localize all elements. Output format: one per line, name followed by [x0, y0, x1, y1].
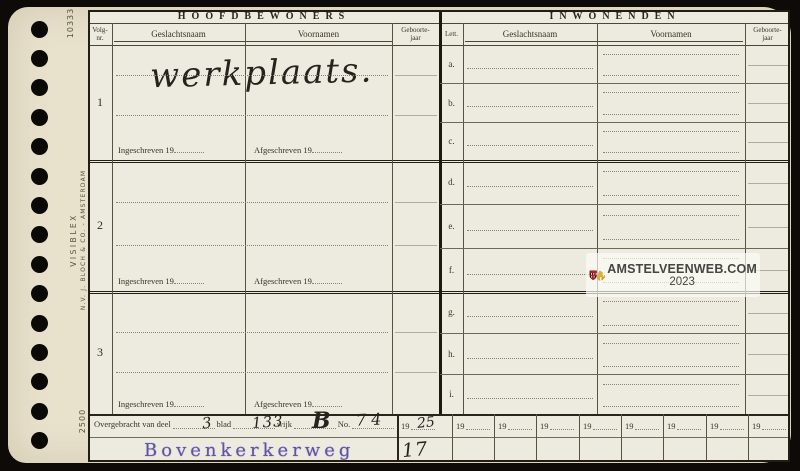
register-card: 10333 VISIBLEX N.V. J. BLOCH & CO. - AMS… [8, 7, 791, 463]
header-text: Voornamen [597, 29, 745, 39]
handwritten-year: 25 [416, 414, 435, 432]
writing-line [748, 142, 788, 143]
writing-line [467, 230, 593, 231]
row-letter: c. [440, 136, 463, 146]
punch-hole [31, 344, 48, 361]
writing-line [395, 202, 437, 203]
writing-line [748, 183, 788, 184]
watermark: AMSTELVEENWEB.COM 2023 [586, 253, 760, 297]
street-stamp: Bovenkerkerweg [144, 440, 346, 461]
writing-line [748, 227, 788, 228]
header-geboortejaar-right: Geboorte- jaar [745, 23, 790, 45]
ingeschreven-label: Ingeschreven 19 [118, 275, 204, 286]
transfer-label: Overgebracht van deel [94, 419, 171, 429]
writing-line [603, 114, 739, 115]
register-form: HOOFDBEWONERS INWONENDEN Volg- nr. [88, 10, 790, 462]
header-voornamen-right: Voornamen [597, 23, 745, 45]
ingeschreven-label: Ingeschreven 19 [118, 144, 204, 155]
punch-hole [31, 432, 48, 449]
writing-line [395, 372, 437, 373]
writing-line [395, 75, 437, 76]
punch-hole [31, 50, 48, 67]
writing-line [116, 75, 388, 76]
writing-line [603, 325, 739, 326]
punch-hole [31, 197, 48, 214]
writing-line [748, 354, 788, 355]
writing-line [116, 245, 388, 246]
writing-line [603, 384, 739, 385]
header-text: Geboorte- [745, 26, 790, 34]
amstelveen-coat-of-arms-icon [589, 262, 607, 289]
inwonenden-row-h: h. [440, 333, 790, 375]
handwritten-entry: werkplaats. [149, 42, 400, 97]
writing-line [603, 301, 739, 302]
stock-number-bottom: 2500 [78, 404, 88, 438]
row-letter: b. [440, 98, 463, 108]
handwritten-no: 74 [356, 409, 387, 430]
writing-line [395, 245, 437, 246]
watermark-site: AMSTELVEENWEB.COM [607, 262, 757, 276]
writing-line [467, 68, 593, 69]
writing-line [467, 274, 593, 275]
hoofdbewoners-title: HOOFDBEWONERS [88, 11, 440, 23]
transfer-line: Overgebracht van deel blad wijk No. [94, 419, 394, 429]
inwonenden-row-e: e. [440, 204, 790, 249]
writing-line [603, 75, 739, 76]
writing-line [603, 343, 739, 344]
punch-hole [31, 109, 48, 126]
row-letter: e. [440, 221, 463, 231]
header-text: Voornamen [245, 29, 392, 39]
row-letter: a. [440, 59, 463, 69]
inwonenden-row-d: d. [440, 160, 790, 205]
year-cell: 19 [707, 414, 754, 437]
handwritten-blad: 133 [251, 412, 284, 432]
writing-line [467, 316, 593, 317]
year-cell: 19 [580, 414, 627, 437]
writing-line [603, 171, 739, 172]
punch-hole [31, 21, 48, 38]
writing-line [116, 115, 388, 116]
printer-imprint: VISIBLEX N.V. J. BLOCH & CO. - AMSTERDAM [68, 165, 90, 315]
header-text: Geslachtsnaam [463, 29, 597, 39]
no-label: No. [338, 419, 351, 429]
handwritten-deel: 3 [201, 413, 213, 432]
writing-line [603, 195, 739, 196]
hoofdbewoners-row-2: 2 Ingeschreven 19 Afgeschreven 19 [88, 160, 440, 291]
inwonenden-title: INWONENDEN [440, 11, 790, 23]
inwonenden-row-g: g. [440, 291, 790, 334]
inwonenden-row-c: c. [440, 122, 790, 160]
punch-hole [31, 79, 48, 96]
inwonenden-row-a: a. [440, 45, 790, 84]
writing-line [467, 358, 593, 359]
blad-label: blad [217, 419, 232, 429]
writing-line [395, 332, 437, 333]
writing-line [603, 406, 739, 407]
afgeschreven-label: Afgeschreven 19 [254, 144, 342, 155]
year-cell: 19 [537, 414, 585, 437]
header-text: nr. [88, 34, 112, 42]
punch-hole [31, 373, 48, 390]
header-text: Volg- [88, 26, 112, 34]
writing-line [603, 152, 739, 153]
row-letter: f. [440, 265, 463, 275]
punch-hole [31, 285, 48, 302]
writing-line [748, 65, 788, 66]
punch-hole [31, 403, 48, 420]
header-text: Geslachtsnaam [112, 29, 245, 39]
writing-line [603, 239, 739, 240]
writing-line [467, 398, 593, 399]
year-cell: 19 [495, 414, 542, 437]
stock-number-top: 10333 [66, 1, 78, 45]
printer-brand: VISIBLEX [68, 165, 79, 315]
header-lett: Lett. [440, 23, 463, 45]
header-geslachtsnaam-left: Geslachtsnaam [112, 23, 245, 45]
year-cell: 19 [453, 414, 500, 437]
writing-line [116, 202, 388, 203]
header-text: jaar [745, 34, 790, 42]
writing-line [467, 145, 593, 146]
watermark-text: AMSTELVEENWEB.COM 2023 [607, 262, 757, 288]
header-volgnr: Volg- nr. [88, 23, 112, 45]
writing-line [603, 131, 739, 132]
punch-hole [31, 226, 48, 243]
row-letter: d. [440, 177, 463, 187]
writing-line [748, 313, 788, 314]
header-geslachtsnaam-right: Geslachtsnaam [463, 23, 597, 45]
inwonenden-row-i: i. [440, 374, 790, 414]
printer-company: N.V. J. BLOCH & CO. - AMSTERDAM [79, 165, 88, 315]
writing-line [748, 395, 788, 396]
row-letter: i. [440, 389, 463, 399]
writing-line [467, 106, 593, 107]
row-letter: g. [440, 307, 463, 317]
row-number: 1 [88, 45, 112, 160]
year-cell: 19 [622, 414, 669, 437]
row-letter: h. [440, 349, 463, 359]
punch-hole [31, 138, 48, 155]
punch-hole [31, 168, 48, 185]
writing-line [603, 92, 739, 93]
writing-line [395, 115, 437, 116]
writing-line [603, 366, 739, 367]
rule [88, 437, 790, 438]
writing-line [748, 103, 788, 104]
header-text: Lett. [440, 30, 463, 38]
hoofdbewoners-row-1: 1 werkplaats. Ingeschreven 19 Afgeschrev… [88, 45, 440, 160]
year-cell: 19 [749, 414, 796, 437]
handwritten-wijk: B [312, 408, 331, 434]
handwritten-house-number: 17 [401, 438, 429, 462]
writing-line [603, 54, 739, 55]
hoofdbewoners-row-3: 3 Ingeschreven 19 Afgeschreven 19 [88, 291, 440, 414]
scanned-register-card-photo: 10333 VISIBLEX N.V. J. BLOCH & CO. - AMS… [0, 0, 800, 471]
ingeschreven-label: Ingeschreven 19 [118, 398, 204, 409]
punch-hole [31, 256, 48, 273]
row-number: 2 [88, 160, 112, 291]
inwonenden-row-b: b. [440, 83, 790, 123]
year-cell: 19 [664, 414, 712, 437]
punch-hole [31, 315, 48, 332]
writing-line [467, 186, 593, 187]
afgeschreven-label: Afgeschreven 19 [254, 275, 342, 286]
header-text: Geboorte- [392, 26, 439, 34]
row-number: 3 [88, 291, 112, 414]
writing-line [116, 372, 388, 373]
watermark-year: 2023 [607, 276, 757, 288]
writing-line [116, 332, 388, 333]
writing-line [603, 215, 739, 216]
